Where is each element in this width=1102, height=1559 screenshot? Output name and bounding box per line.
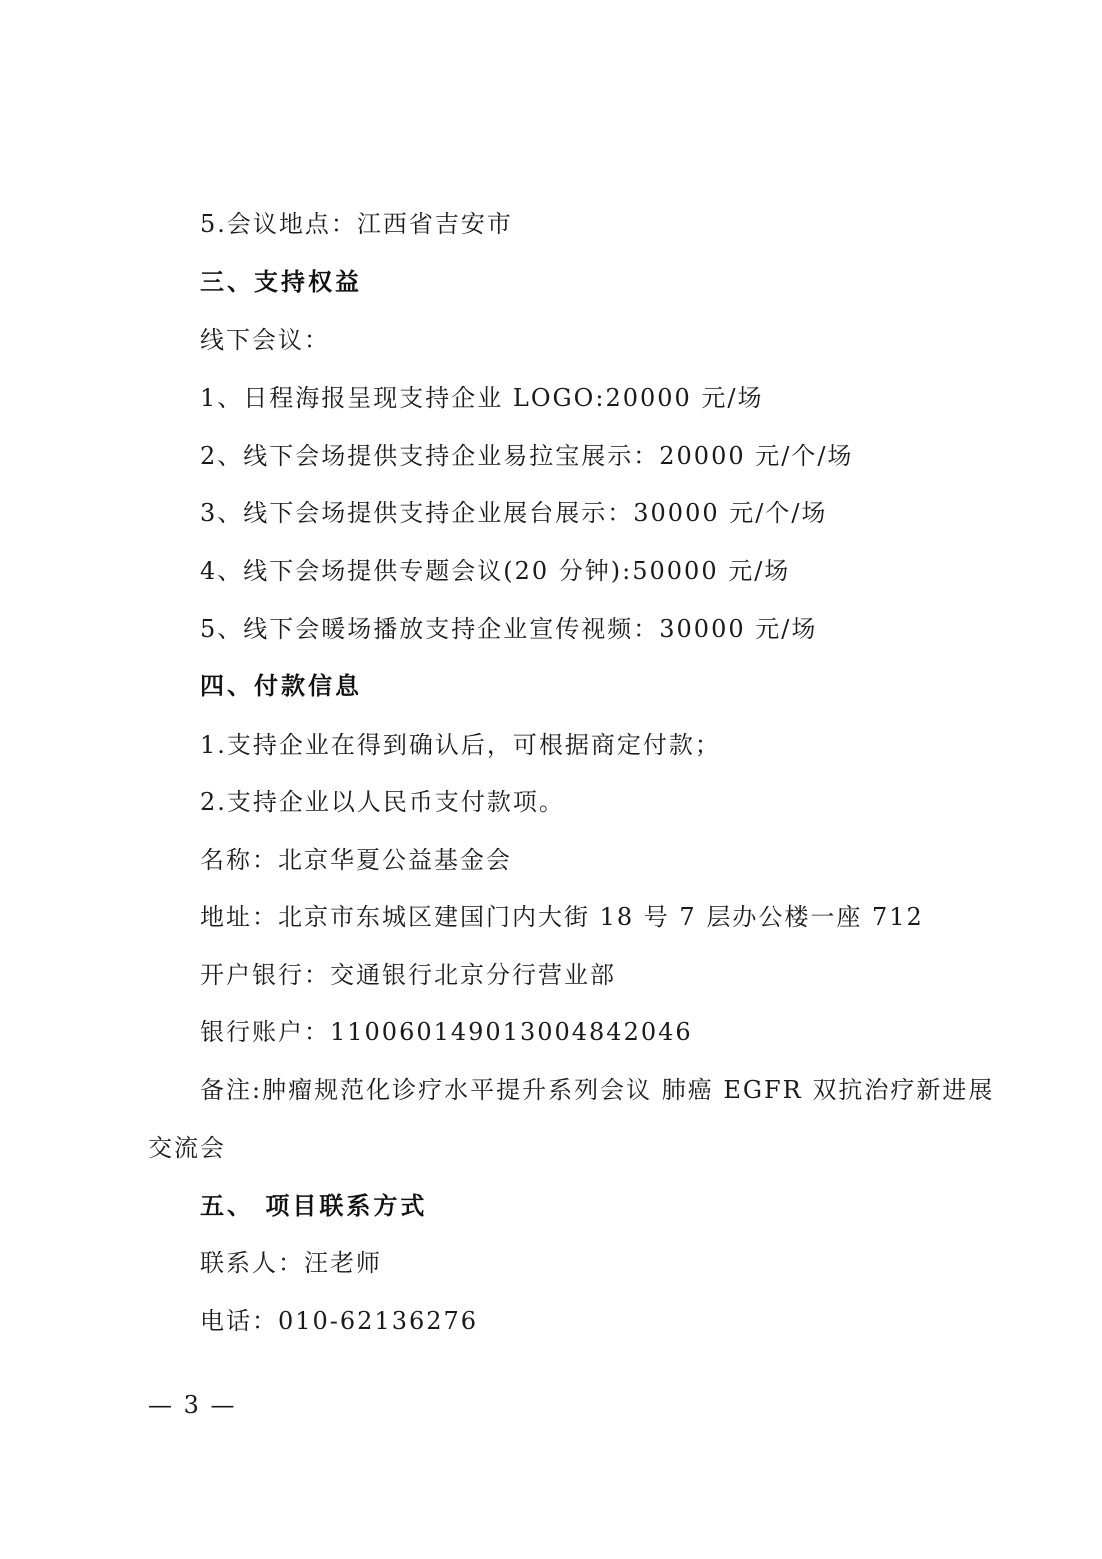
payment-item: 2.支持企业以人民币支付款项。 [200,787,565,817]
offline-meeting-label: 线下会议： [200,325,330,355]
benefit-item: 2、线下会场提供支持企业易拉宝展示：20000 元/个/场 [200,441,853,471]
contact-person: 联系人：汪老师 [200,1248,382,1278]
bank-name: 开户银行：交通银行北京分行营业部 [200,960,616,990]
payment-item: 1.支持企业在得到确认后，可根据商定付款； [200,730,721,760]
section-heading-support-benefits: 三、支持权益 [200,267,362,297]
benefit-item: 3、线下会场提供支持企业展台展示：30000 元/个/场 [200,498,827,528]
benefit-item: 1、日程海报呈现支持企业 LOGO:20000 元/场 [200,383,764,413]
contact-phone: 电话：010-62136276 [200,1306,478,1336]
benefit-item: 4、线下会场提供专题会议(20 分钟):50000 元/场 [200,556,790,586]
section-heading-contact: 五、 项目联系方式 [200,1191,427,1221]
payee-name: 名称：北京华夏公益基金会 [200,845,512,875]
meeting-venue: 5.会议地点：江西省吉安市 [200,209,513,239]
payee-address: 地址：北京市东城区建国门内大街 18 号 7 层办公楼一座 712 [200,902,924,932]
benefit-item: 5、线下会暖场播放支持企业宣传视频：30000 元/场 [200,614,817,644]
payment-note-continued: 交流会 [148,1133,226,1163]
page-number: — 3 — [148,1390,237,1420]
section-heading-payment-info: 四、付款信息 [200,671,362,701]
bank-account: 银行账户：110060149013004842046 [200,1017,693,1047]
payment-note: 备注:肿瘤规范化诊疗水平提升系列会议 肺癌 EGFR 双抗治疗新进展 [200,1075,994,1105]
